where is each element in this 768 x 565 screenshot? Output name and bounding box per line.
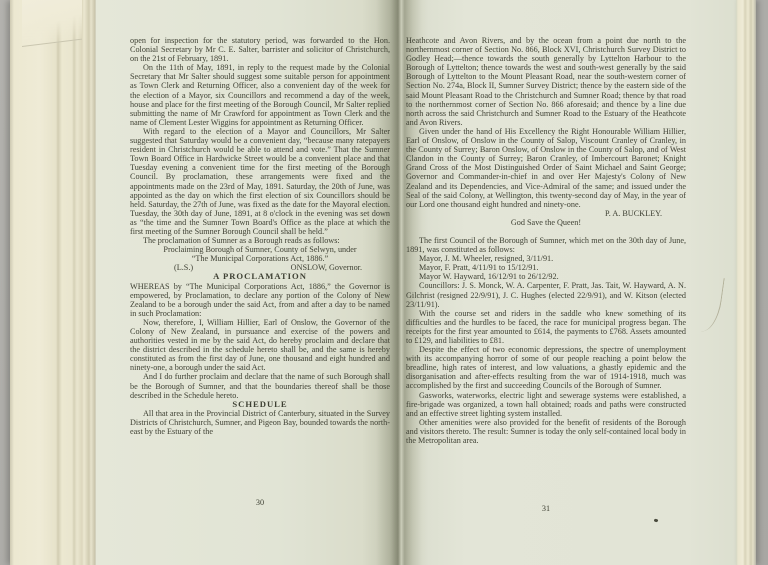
paragraph-boundary: Heathcote and Avon Rivers, and by the oc… bbox=[406, 36, 686, 127]
proclamation-caption-line1: Proclaiming Borough of Sumner, County of… bbox=[130, 245, 390, 254]
signature-buckley: P. A. BUCKLEY. bbox=[406, 209, 686, 218]
paragraph-gasworks: Gasworks, waterworks, electric light and… bbox=[406, 391, 686, 418]
page-number-30: 30 bbox=[130, 498, 390, 507]
paragraph-whereas: WHEREAS by “The Municipal Corporations A… bbox=[130, 282, 390, 318]
paragraph-despite: Despite the effect of two economic depre… bbox=[406, 345, 686, 390]
page-number-31: 31 bbox=[416, 504, 676, 513]
paragraph-schedule-area: All that area in the Provincial District… bbox=[130, 409, 390, 436]
mayor-line-pratt: Mayor, F. Pratt, 4/11/91 to 15/12/91. bbox=[406, 263, 686, 272]
proclamation-caption-line2: “The Municipal Corporations Act, 1886.” bbox=[130, 254, 390, 263]
paragraph-reads-as-follows: The proclamation of Sumner as a Borough … bbox=[130, 236, 390, 245]
paragraph-now-therefore: Now, therefore, I, William Hillier, Earl… bbox=[130, 318, 390, 373]
book-photo: open for inspection for the statutory pe… bbox=[0, 0, 768, 565]
page-edges-left bbox=[10, 0, 96, 565]
left-page-text: open for inspection for the statutory pe… bbox=[130, 36, 390, 436]
paragraph-election-day: With regard to the election of a Mayor a… bbox=[130, 127, 390, 236]
seal-abbreviation: (L.S.) bbox=[174, 263, 193, 272]
right-page-text: Heathcote and Avon Rivers, and by the oc… bbox=[406, 36, 686, 445]
paragraph-other-amenities: Other amenities were also provided for t… bbox=[406, 418, 686, 445]
paragraph-continuation: open for inspection for the statutory pe… bbox=[130, 36, 390, 63]
mayor-line-hayward: Mayor W. Hayward, 16/12/91 to 26/12/92. bbox=[406, 272, 686, 281]
paragraph-course-set: With the course set and riders in the sa… bbox=[406, 309, 686, 345]
paragraph-further-proclaim: And I do further proclaim and declare th… bbox=[130, 372, 390, 399]
paragraph-request: On the 11th of May, 1891, in reply to th… bbox=[130, 63, 390, 127]
heading-a-proclamation: A PROCLAMATION bbox=[130, 272, 390, 281]
paragraph-first-council: The first Council of the Borough of Sumn… bbox=[406, 236, 686, 254]
paragraph-councillors: Councillors: J. S. Monck, W. A. Carpente… bbox=[406, 281, 686, 308]
mayor-line-wheeler: Mayor, J. M. Wheeler, resigned, 3/11/91. bbox=[406, 254, 686, 263]
page-edges-right bbox=[736, 0, 756, 565]
heading-schedule: SCHEDULE bbox=[130, 400, 390, 409]
paragraph-given-under-hand: Given under the hand of His Excellency t… bbox=[406, 127, 686, 209]
god-save-the-queen: God Save the Queen! bbox=[406, 218, 686, 227]
